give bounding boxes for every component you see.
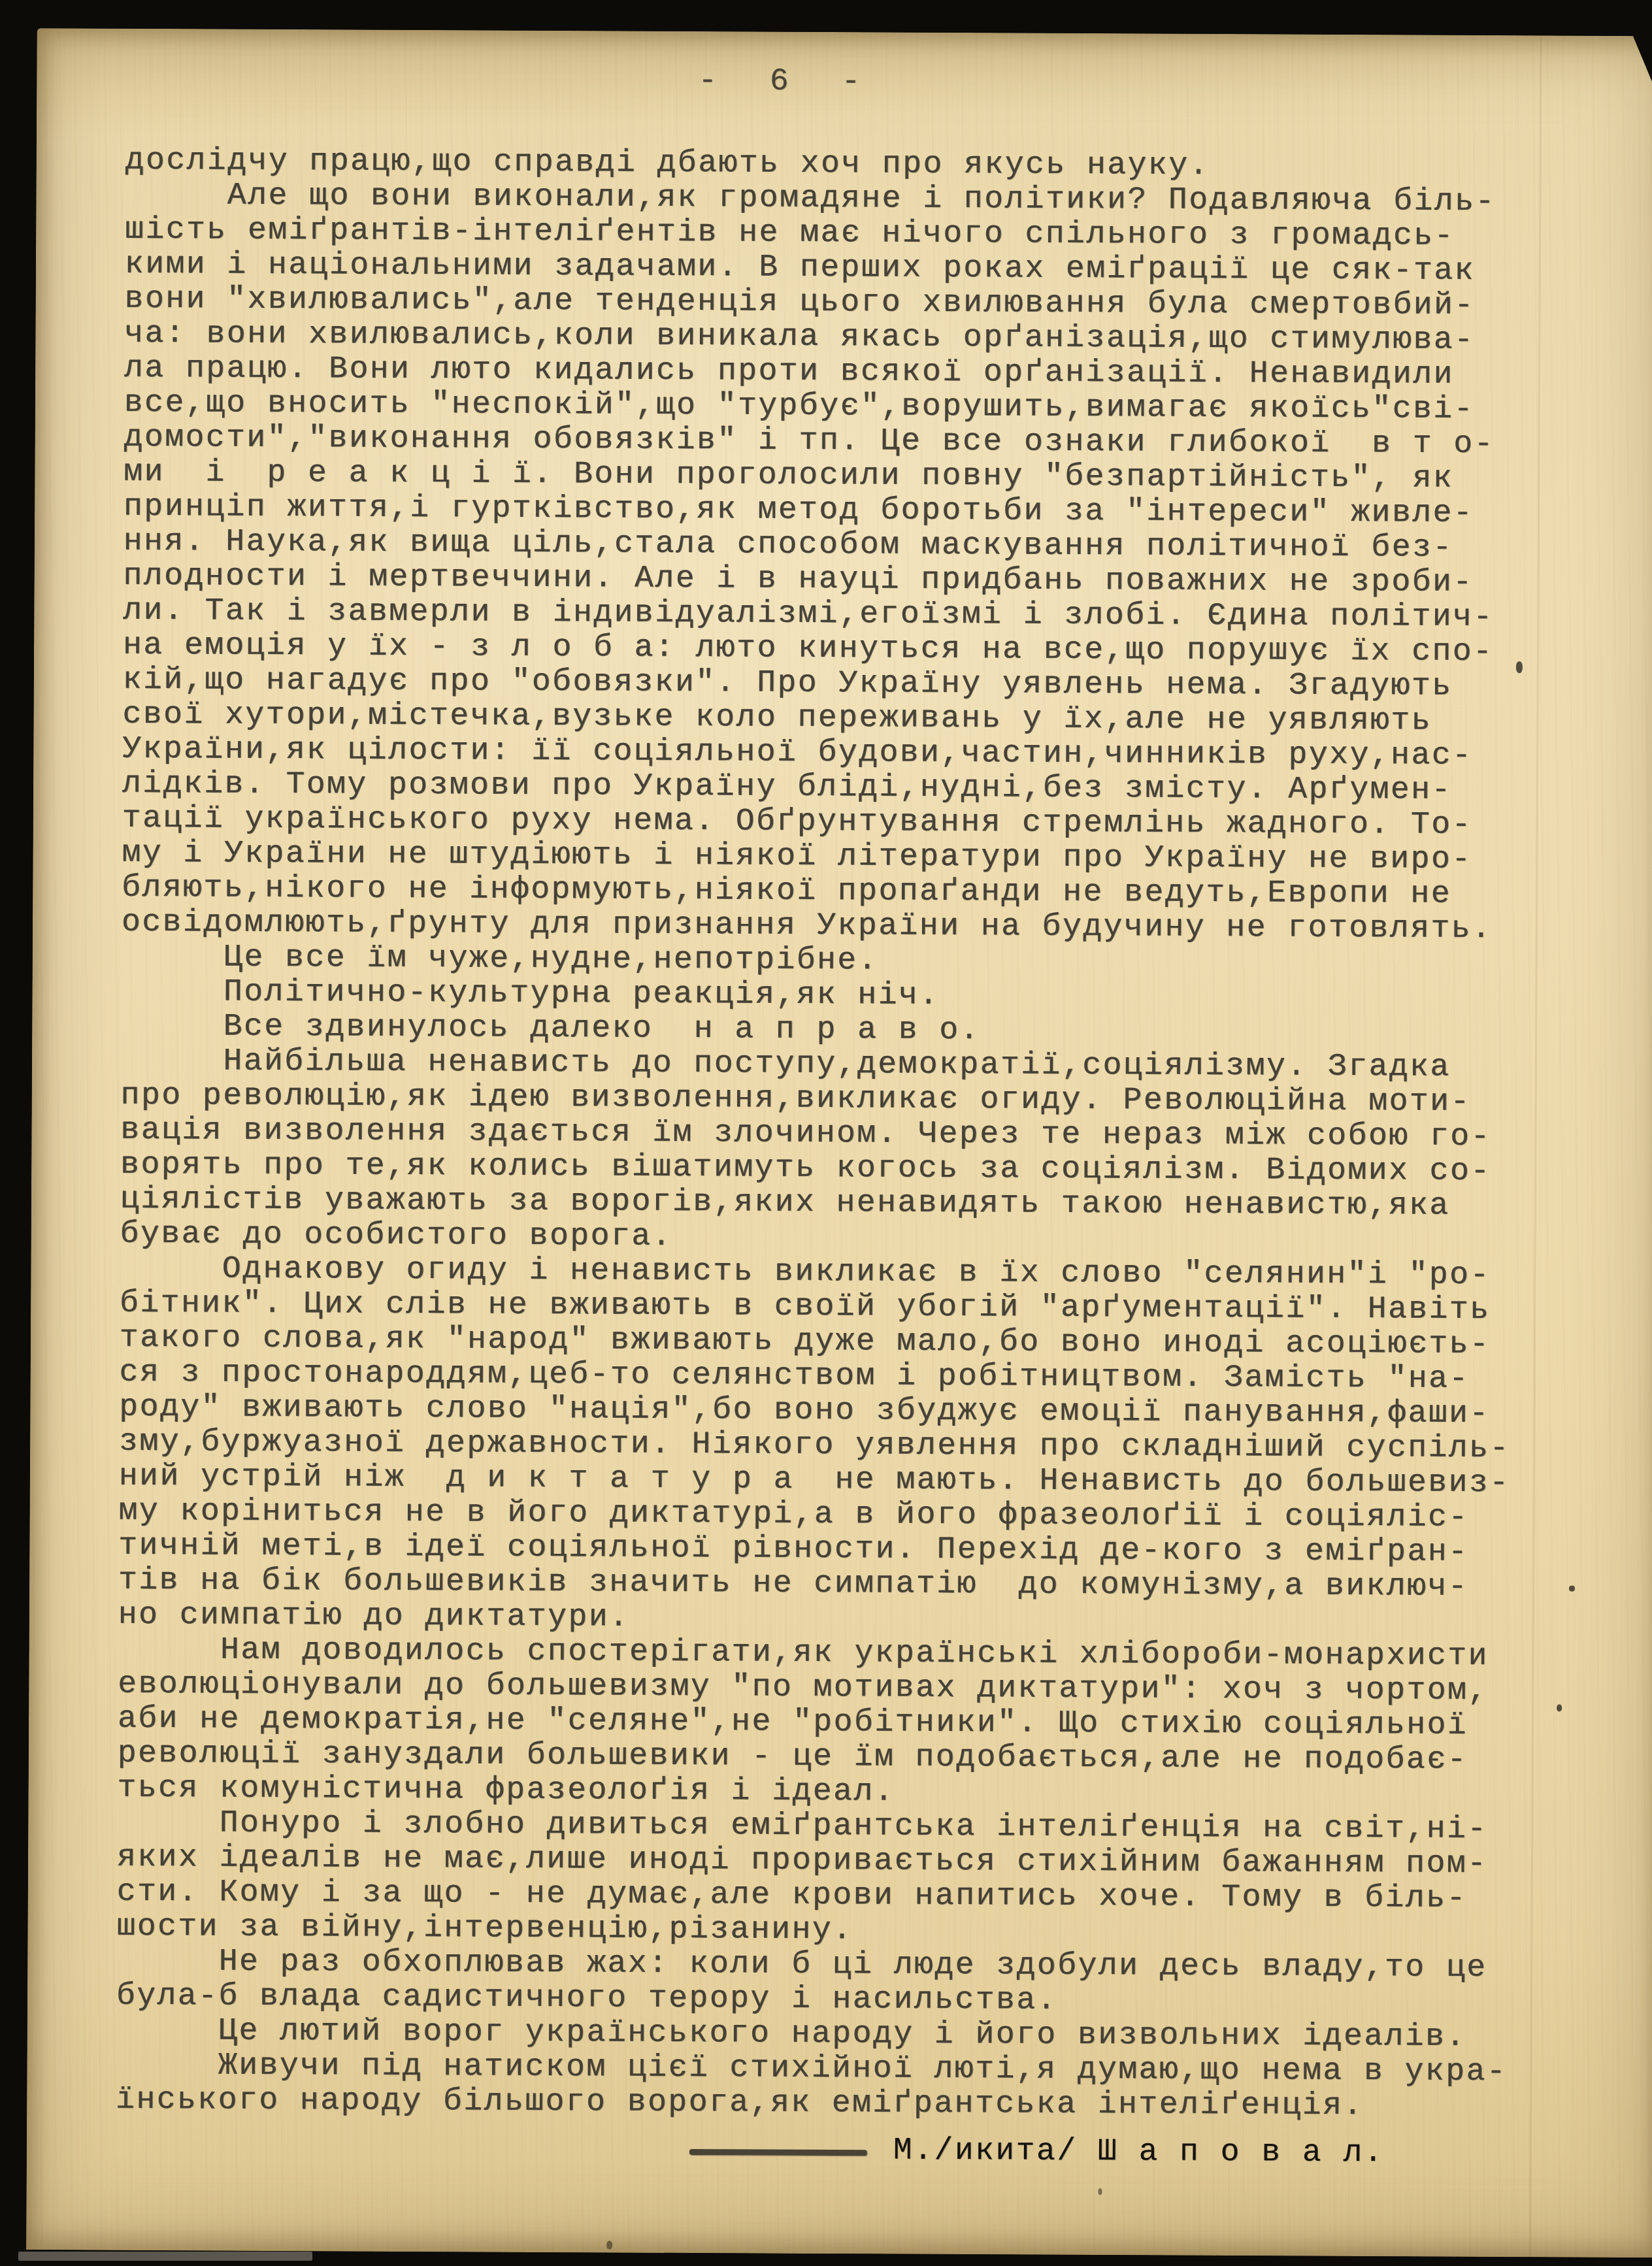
scanned-page: - 6 - дослідчу працю,що справді дбають х…: [0, 0, 1652, 2266]
text-line: їнського народу більшого ворога,як еміґр…: [116, 2083, 1632, 2125]
signature-text: М./икита/ Ш а п о в а л.: [893, 2133, 1385, 2171]
signature-rule: [689, 2149, 867, 2156]
ink-speck: [1516, 661, 1523, 673]
signature-row: М./икита/ Ш а п о в а л.: [689, 2132, 1385, 2170]
ink-speck: [1569, 1586, 1575, 1592]
paper-sheet: - 6 - дослідчу працю,що справді дбають х…: [26, 28, 1652, 2258]
ink-speck: [1557, 1705, 1562, 1712]
scan-bottom-edge: [18, 2252, 312, 2261]
page-number: - 6 -: [698, 64, 877, 99]
ink-speck: [606, 2241, 612, 2249]
ink-speck: [1098, 2188, 1102, 2195]
document-body-text: дослідчу працю,що справді дбають хоч про…: [116, 144, 1642, 2125]
